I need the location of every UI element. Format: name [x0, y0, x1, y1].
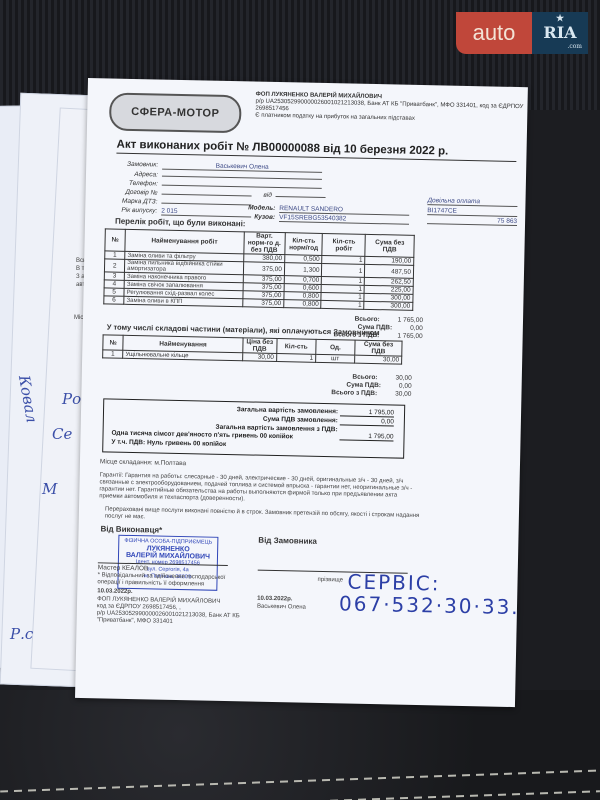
autoria-watermark: auto ★ RIA .com: [456, 12, 588, 54]
issuer-details: ФОП ЛУКЯНЕНКО ВАЛЕРІЙ МИХАЙЛОВИЧ р/р UA2…: [255, 92, 526, 126]
confirmation-text: Перераховані вище послуги виконані повні…: [105, 506, 425, 527]
field-label: Договір №: [104, 188, 158, 196]
warranty-terms: Гарантії: Гарантия на работы: слесарные …: [99, 472, 420, 507]
executor-date: 10.03.2022р.: [97, 588, 133, 596]
field-label: Замовник:: [104, 160, 158, 168]
customer-heading: Від Замовника: [258, 536, 317, 546]
company-logo: СФЕРА-МОТОР: [109, 92, 242, 133]
field-label: Адреса:: [104, 170, 158, 178]
address-value: [162, 176, 322, 180]
handwritten-note: Се: [52, 425, 72, 443]
works-heading: Перелік робіт, що були виконані:: [115, 217, 246, 229]
order-vat: 0,00: [340, 417, 394, 426]
handwritten-note: М: [42, 480, 57, 498]
handwritten-phone-number: 067·532·30·33.: [339, 591, 520, 619]
customer-date: 10.03.2022р.: [257, 596, 293, 604]
parts-total-vat: 30,00: [395, 391, 411, 399]
field-label: Марка ДТЗ:: [103, 197, 157, 205]
year-field: Рік випуску:2 015: [103, 206, 251, 217]
works-vat: 0,00: [410, 325, 423, 333]
works-total: 1 765,00: [398, 317, 423, 326]
phone-value: [162, 185, 322, 189]
contract-from-label: від: [263, 192, 272, 199]
parts-table: № Найменування Ціна без ПДВ Кіл-сть Од. …: [102, 334, 402, 364]
works-table: № Найменування робіт Варт. норм-го д. бе…: [103, 228, 415, 310]
work-completion-act: СФЕРА-МОТОР ФОП ЛУКЯНЕНКО ВАЛЕРІЙ МИХАЙЛ…: [75, 78, 528, 707]
parts-totals: Всього:30,00 Сума ПДВ:0,00 Всього з ПДВ:…: [281, 372, 411, 399]
vat-in-words: У т.ч. ПДВ: Нуль гривень 00 копійок: [111, 439, 226, 448]
watermark-ria: ★ RIA .com: [532, 12, 588, 54]
parts-vat: 0,00: [399, 383, 412, 391]
field-label: Телефон:: [104, 179, 158, 187]
customer-name: Васькевич Олена: [257, 604, 306, 612]
field-label: Рік випуску:: [103, 206, 157, 214]
handwritten-note: Ро: [62, 390, 81, 408]
payment-type: Довільна оплата: [427, 197, 517, 207]
order-total-vat: 1 795,00: [339, 432, 393, 441]
mileage: 75 863: [427, 216, 517, 226]
handwritten-note: Р.с: [10, 625, 33, 643]
parts-total: 30,00: [395, 375, 411, 383]
executor-heading: Від Виконавця*: [100, 524, 162, 534]
document-title: Акт виконаних робіт № ЛВ00000088 від 10 …: [116, 139, 516, 162]
place-of-issue: Місце складання: м.Полтава: [100, 458, 186, 467]
order-total: 1 795,00: [340, 408, 394, 417]
watermark-auto: auto: [456, 12, 532, 54]
surname-label: прізвище: [317, 577, 343, 585]
order-summary-box: Загальна вартість замовлення: 1 795,00 С…: [102, 398, 405, 458]
field-label: Модель:: [235, 204, 275, 212]
vin-value: VF15SREBG53540382: [279, 214, 409, 225]
master-name: Мастер КЕАЛОВ: [98, 564, 149, 572]
executor-bank: "Приватбанк", МФО 331401: [97, 617, 173, 626]
